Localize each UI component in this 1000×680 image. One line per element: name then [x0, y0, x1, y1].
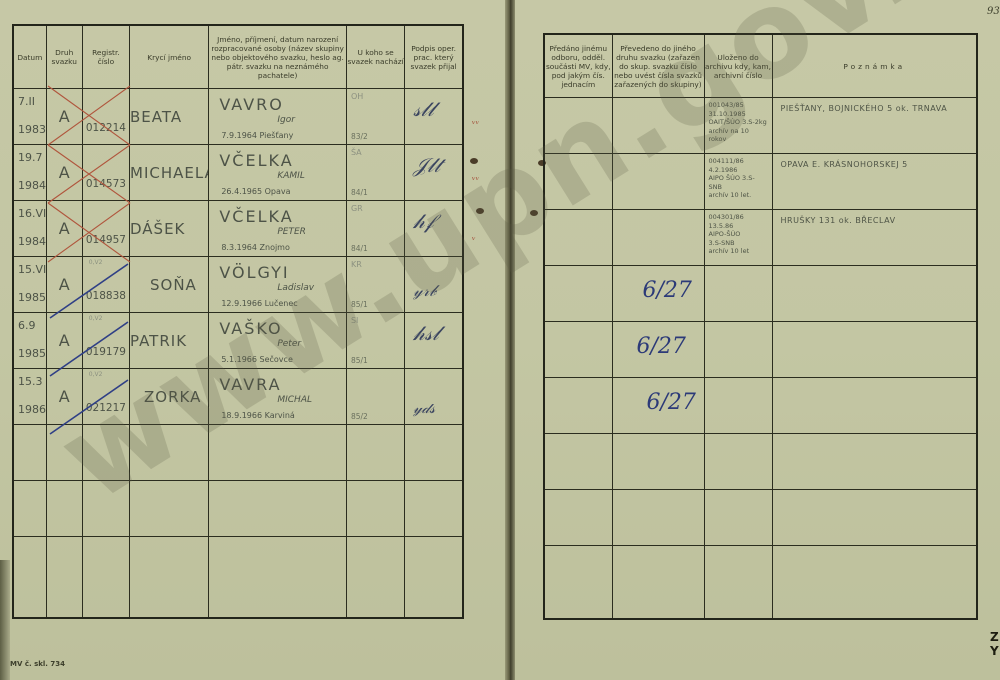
holder-code: ŠA	[351, 148, 362, 157]
transfer-ref: 6/27	[647, 390, 696, 415]
location-cell: KR 85/1	[346, 257, 404, 313]
person-cell: VČELKA PETER 8.3.1964 Znojmo	[209, 201, 347, 257]
table-row: 15.VIII1985 A 0,V2 018838 SOŇA VÖLGYI La…	[13, 257, 463, 313]
handed-over-cell	[544, 378, 612, 434]
firstname: Ladislav	[277, 283, 314, 293]
transferred-cell: 6/27	[612, 378, 704, 434]
page-number: 93	[987, 6, 1000, 17]
date-cell: 19.71984	[13, 145, 46, 201]
transfer-ref: 6/27	[643, 278, 692, 303]
signature-cell: 𝓎𝓇𝒷	[405, 257, 463, 313]
reg-number: 019179	[83, 346, 129, 358]
reg-number: 021217	[83, 402, 129, 414]
firstname: Peter	[277, 339, 301, 349]
firstname: Igor	[277, 115, 295, 125]
reg-number-cell: 014573	[82, 145, 129, 201]
location-cell: GR 84/1	[346, 201, 404, 257]
check-mark: ᵥᵥ	[472, 172, 479, 183]
birth-info: 12.9.1966 Lučenec	[221, 299, 297, 308]
holder-code: KR	[351, 260, 362, 269]
binding-hole	[476, 208, 484, 214]
page-edge	[0, 560, 10, 680]
date-day: 15.3	[18, 375, 43, 388]
type-cell: A	[46, 313, 82, 369]
archive-cell: 004111/86 4.2.1986 AIPO ŠÚO 3.S-SNB arch…	[704, 154, 772, 210]
registry-table-left: Datum Druh svazku Registr. číslo Krycí j…	[12, 24, 464, 619]
archive-line: AIPO ŠÚO 3.S-SNB	[709, 174, 768, 191]
code-name-cell: PATRIK	[130, 313, 209, 369]
reg-number-cell: 0,V2 018838	[82, 257, 129, 313]
col-header-location: U koho se svazek nachází	[346, 25, 404, 89]
code-name-cell: ZORKA	[130, 369, 209, 425]
handed-over-cell	[544, 322, 612, 378]
transferred-cell: 6/27	[612, 266, 704, 322]
archive-line: OAIT/ŠÚO 3.S-2kg	[709, 118, 768, 127]
binding-hole	[530, 210, 538, 216]
empty-row	[544, 434, 977, 490]
empty-row	[544, 546, 977, 620]
holder-code: GR	[351, 204, 363, 213]
table-row: 6/27	[544, 378, 977, 434]
firstname: MICHAL	[277, 395, 312, 405]
type-cell: A	[46, 201, 82, 257]
date-day: 6.9	[18, 319, 36, 332]
col-header-reg-number: Registr. číslo	[82, 25, 129, 89]
firstname: KAMIL	[277, 171, 305, 181]
archive-info: 004301/86 13.5.86 AIPO-ŠÚO 3.S-SNB archí…	[705, 210, 754, 259]
archive-line: archív 10 let.	[709, 191, 768, 200]
handed-over-cell	[544, 154, 612, 210]
reg-number: 012214	[83, 122, 129, 134]
signature-scribble: 𝒥𝓁𝓉	[413, 153, 440, 177]
surname: VÖLGYI	[219, 263, 289, 282]
birth-info: 18.9.1966 Karviná	[221, 411, 294, 420]
surname: VAVRA	[219, 375, 281, 394]
date-year: 1984	[18, 179, 46, 193]
type-cell: A	[46, 369, 82, 425]
col-header-date: Datum	[13, 25, 46, 89]
holder-ref: 84/1	[351, 244, 368, 253]
holder-ref: 85/1	[351, 356, 368, 365]
surname: VČELKA	[219, 151, 293, 170]
page-edge-mark: ZY	[990, 630, 999, 658]
note-text: HRUŠKY 131 ok. BŘECLAV	[781, 216, 896, 225]
reg-number-cell: 0,V2 019179	[82, 313, 129, 369]
date-year: 1985	[18, 291, 46, 305]
col-header-type: Druh svazku	[46, 25, 82, 89]
reg-number-cell: 014957	[82, 201, 129, 257]
date-year: 1984	[18, 235, 46, 249]
surname: VAVRO	[219, 95, 284, 114]
signature-scribble: 𝒽𝓈𝓁	[413, 321, 439, 345]
archive-cell	[704, 266, 772, 322]
check-mark: ᵥᵥ	[472, 116, 479, 127]
date-cell: 6.91985	[13, 313, 46, 369]
date-cell: 15.31986	[13, 369, 46, 425]
reg-note: 0,V2	[89, 259, 103, 266]
book-gutter	[505, 0, 515, 680]
location-cell: SI 85/1	[346, 313, 404, 369]
archive-line: archív na 10 rokov	[709, 127, 768, 144]
date-year: 1983	[18, 123, 46, 137]
transferred-cell: 6/27	[612, 322, 704, 378]
signature-cell: 𝒥𝓁𝓉	[405, 145, 463, 201]
holder-ref: 84/1	[351, 188, 368, 197]
col-header-code-name: Krycí jméno	[130, 25, 209, 89]
note-cell: PIEŠŤANY, BOJNICKÉHO 5 ok. TRNAVA	[772, 98, 977, 154]
table-row: 16.VIII1984 A 014957 DÁŠEK VČELKA PETER …	[13, 201, 463, 257]
reg-note: 0,V2	[89, 315, 103, 322]
archive-info: 004111/86 4.2.1986 AIPO ŠÚO 3.S-SNB arch…	[705, 154, 772, 203]
date-year: 1986	[18, 403, 46, 417]
archive-line: 4.2.1986	[709, 166, 768, 175]
type-cell: A	[46, 257, 82, 313]
reg-number-cell: 012214	[82, 89, 129, 145]
empty-row	[544, 490, 977, 546]
note-text: PIEŠŤANY, BOJNICKÉHO 5 ok. TRNAVA	[781, 104, 948, 113]
birth-info: 5.1.1966 Sečovce	[221, 355, 293, 364]
reg-number: 014957	[83, 234, 129, 246]
person-cell: VČELKA KAMIL 26.4.1965 Opava	[209, 145, 347, 201]
transferred-cell	[612, 98, 704, 154]
location-cell: OH 83/2	[346, 89, 404, 145]
signature-scribble: 𝓈𝓁𝓁	[413, 97, 434, 121]
transfer-ref: 6/27	[637, 334, 686, 359]
location-cell: ŠA 84/1	[346, 145, 404, 201]
person-cell: VAVRA MICHAL 18.9.1966 Karviná	[209, 369, 347, 425]
registry-table-right: Předáno jinému odboru, odděl. součásti M…	[543, 33, 978, 620]
reg-number: 014573	[83, 178, 129, 190]
col-header-signature: Podpis oper. prac. který svazek přijal	[405, 25, 463, 89]
birth-info: 26.4.1965 Opava	[221, 187, 290, 196]
note-cell	[772, 378, 977, 434]
archive-cell: 001043/85 31.10.1985 OAIT/ŠÚO 3.S-2kg ar…	[704, 98, 772, 154]
code-name-cell: BEATA	[130, 89, 209, 145]
col-header-handed-over: Předáno jinému odboru, odděl. součásti M…	[544, 34, 612, 98]
table-header-row: Předáno jinému odboru, odděl. součásti M…	[544, 34, 977, 98]
type-cell: A	[46, 145, 82, 201]
signature-scribble: 𝓎𝒹𝓈	[413, 399, 435, 417]
col-header-person: Jméno, příjmení, datum narození rozpraco…	[209, 25, 347, 89]
date-day: 16.VIII	[18, 207, 46, 220]
holder-ref: 85/1	[351, 300, 368, 309]
col-header-note: Poznámka	[772, 34, 977, 98]
date-day: 15.VIII	[18, 263, 46, 276]
archive-line: 31.10.1985	[709, 110, 768, 119]
date-year: 1985	[18, 347, 46, 361]
note-cell: OPAVA E. KRÁSNOHORSKEJ 5	[772, 154, 977, 210]
signature-scribble: 𝒽𝒻	[413, 209, 433, 233]
archive-info: 001043/85 31.10.1985 OAIT/ŠÚO 3.S-2kg ar…	[705, 98, 772, 147]
signature-cell: 𝓎𝒹𝓈	[405, 369, 463, 425]
transferred-cell	[612, 210, 704, 266]
ledger-spread: ᵥᵥ ᵥᵥ ᵥ 93 Datum Druh svazku Registr. čí…	[0, 0, 1000, 680]
archive-line: 13.5.86	[709, 222, 750, 231]
archive-cell: 004301/86 13.5.86 AIPO-ŠÚO 3.S-SNB archí…	[704, 210, 772, 266]
signature-cell: 𝒽𝓈𝓁	[405, 313, 463, 369]
check-mark: ᵥ	[472, 232, 476, 243]
archive-line: archív 10 let	[709, 247, 750, 256]
signature-cell: 𝓈𝓁𝓁	[405, 89, 463, 145]
handed-over-cell	[544, 266, 612, 322]
handed-over-cell	[544, 210, 612, 266]
signature-scribble: 𝓎𝓇𝒷	[413, 281, 436, 301]
code-name-cell: SOŇA	[130, 257, 209, 313]
reg-number-cell: 0,V2 021217	[82, 369, 129, 425]
empty-row	[13, 481, 463, 537]
transferred-cell	[612, 154, 704, 210]
archive-line: 3.S-SNB	[709, 239, 750, 248]
table-row: 001043/85 31.10.1985 OAIT/ŠÚO 3.S-2kg ar…	[544, 98, 977, 154]
archive-line: 004111/86	[709, 157, 768, 166]
surname: VČELKA	[219, 207, 293, 226]
date-day: 19.7	[18, 151, 43, 164]
holder-ref: 83/2	[351, 132, 368, 141]
date-cell: 15.VIII1985	[13, 257, 46, 313]
code-name-cell: DÁŠEK	[130, 201, 209, 257]
table-row: 004301/86 13.5.86 AIPO-ŠÚO 3.S-SNB archí…	[544, 210, 977, 266]
date-cell: 16.VIII1984	[13, 201, 46, 257]
binding-hole	[470, 158, 478, 164]
birth-info: 8.3.1964 Znojmo	[221, 243, 290, 252]
col-header-transferred: Převedeno do jiného druhu svazku (zařaze…	[612, 34, 704, 98]
archive-cell	[704, 378, 772, 434]
archive-cell	[704, 322, 772, 378]
empty-row	[13, 425, 463, 481]
archive-line: 004301/86	[709, 213, 750, 222]
note-cell: HRUŠKY 131 ok. BŘECLAV	[772, 210, 977, 266]
date-cell: 7.II1983	[13, 89, 46, 145]
signature-cell: 𝒽𝒻	[405, 201, 463, 257]
holder-code: OH	[351, 92, 363, 101]
table-row: 19.71984 A 014573 MICHAELA VČELKA KAMIL …	[13, 145, 463, 201]
table-row: 6/27	[544, 266, 977, 322]
holder-ref: 85/2	[351, 412, 368, 421]
reg-number: 018838	[83, 290, 129, 302]
note-cell	[772, 322, 977, 378]
person-cell: VÖLGYI Ladislav 12.9.1966 Lučenec	[209, 257, 347, 313]
surname: VAŠKO	[219, 319, 282, 338]
table-header-row: Datum Druh svazku Registr. číslo Krycí j…	[13, 25, 463, 89]
form-id: MV č. skl. 734	[10, 660, 65, 668]
archive-line: AIPO-ŠÚO	[709, 230, 750, 239]
table-row: 7.II1983 A 012214 BEATA VAVRO Igor 7.9.1…	[13, 89, 463, 145]
archive-line: 001043/85	[709, 101, 768, 110]
holder-code: SI	[351, 316, 358, 325]
code-name-cell: MICHAELA	[130, 145, 209, 201]
person-cell: VAŠKO Peter 5.1.1966 Sečovce	[209, 313, 347, 369]
table-row: 6/27	[544, 322, 977, 378]
empty-row	[13, 537, 463, 619]
person-cell: VAVRO Igor 7.9.1964 Piešťany	[209, 89, 347, 145]
date-day: 7.II	[18, 95, 35, 108]
table-row: 6.91985 A 0,V2 019179 PATRIK VAŠKO Peter…	[13, 313, 463, 369]
firstname: PETER	[277, 227, 306, 237]
note-cell	[772, 266, 977, 322]
location-cell: 85/2	[346, 369, 404, 425]
type-cell: A	[46, 89, 82, 145]
col-header-archived: Uloženo do archivu kdy, kam, archivní čí…	[704, 34, 772, 98]
reg-note: 0,V2	[89, 371, 103, 378]
table-row: 004111/86 4.2.1986 AIPO ŠÚO 3.S-SNB arch…	[544, 154, 977, 210]
birth-info: 7.9.1964 Piešťany	[221, 131, 293, 140]
table-row: 15.31986 A 0,V2 021217 ZORKA VAVRA MICHA…	[13, 369, 463, 425]
note-text: OPAVA E. KRÁSNOHORSKEJ 5	[781, 160, 908, 169]
handed-over-cell	[544, 98, 612, 154]
